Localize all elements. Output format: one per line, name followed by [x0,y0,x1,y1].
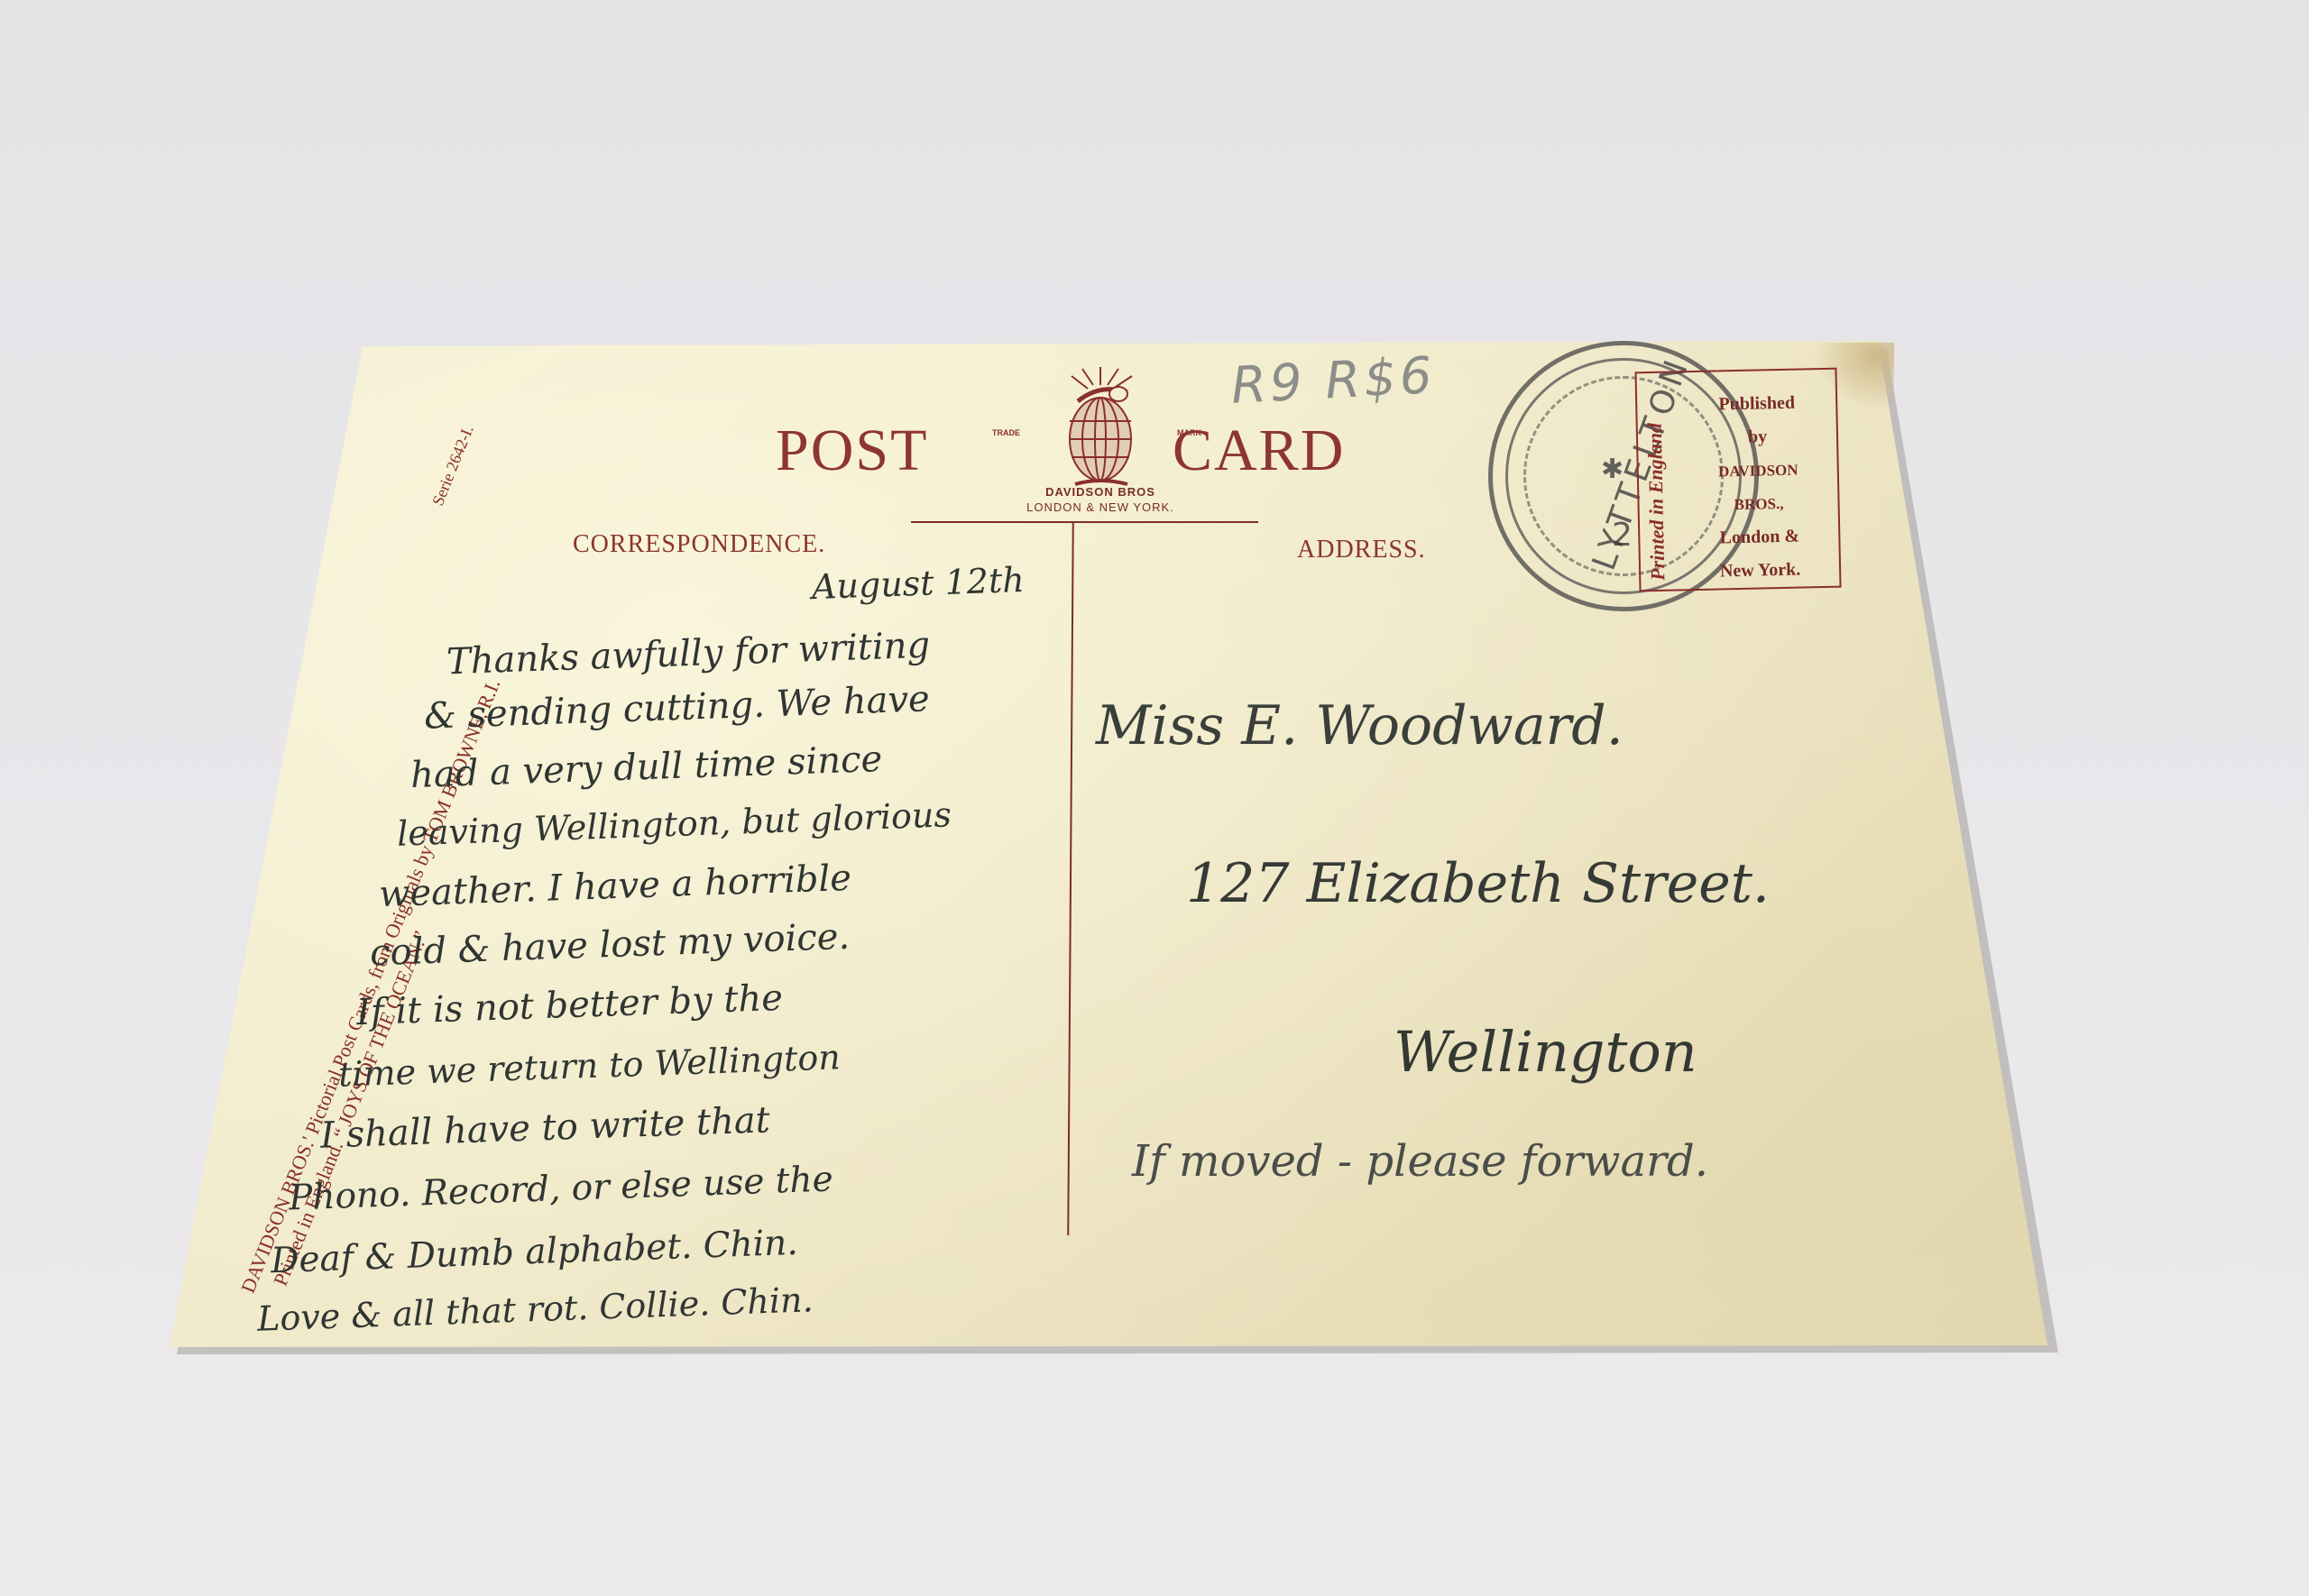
globe-icon [992,365,1209,491]
address-city: Wellington [1394,1019,1697,1085]
globe-trademark-logo: TRADE MARK DAVIDSON BROS LONDON & NEW YO… [992,365,1209,514]
stamp-box: Printed in England Published by DAVIDSON… [1634,368,1841,592]
postcard-print-layer: POST CARD TRADE MARK DAVIDSON BROS LONDO… [0,0,2309,1596]
pencil-notes: R9 R$6 [1229,346,1437,416]
address-street: 127 Elizabeth Street. [1186,852,1770,915]
logo-publisher: DAVIDSON BROS [992,485,1209,499]
logo-location: LONDON & NEW YORK. [992,500,1209,514]
message-line: Love & all that rot. Collie. Chin. [256,1280,814,1338]
address-name: Miss E. Woodward. [1096,694,1624,757]
postmark-star-icon: ✱ [1601,454,1624,485]
message-line: I shall have to write that [319,1099,770,1156]
postmark-date: 2 [1612,517,1633,554]
side-print-line-2: Printed in England. “ JOYS OF THE OCEAN.… [269,928,433,1289]
message-line: Phono. Record, or else use the [288,1159,833,1218]
center-divider [1067,523,1074,1235]
address-forward-note: If moved - please forward. [1132,1136,1708,1187]
message-line: Deaf & Dumb alphabet. Chin. [270,1223,798,1281]
stamp-line: DAVIDSON [1683,453,1833,489]
heading-post: POST [776,417,928,485]
stamp-line: Published [1682,386,1832,422]
message-line: weather. I have a horrible [378,858,851,915]
heading-divider [911,521,1258,523]
correspondence-label: CORRESPONDENCE. [573,530,825,559]
message-line: time we return to Wellington [337,1037,841,1094]
stamp-line: London & [1685,519,1835,555]
message-date: August 12th [811,560,1025,607]
stamp-line: New York. [1686,553,1835,589]
stamp-line: by [1683,419,1833,455]
address-label: ADDRESS. [1297,536,1426,564]
stamp-box-text: Published by DAVIDSON BROS., London & Ne… [1682,386,1835,589]
stamp-box-vertical-text: Printed in England [1643,423,1670,581]
side-print-series: Serie 2642-I. [428,423,478,509]
message-line: Thanks awfully for writing [446,625,930,683]
message-line: leaving Wellington, but glorious [396,794,952,853]
message-line: cold & have lost my voice. [369,916,850,975]
message-line: If it is not better by the [355,977,783,1033]
stamp-line: BROS., [1684,486,1834,522]
message-line: had a very dull time since [409,738,882,796]
